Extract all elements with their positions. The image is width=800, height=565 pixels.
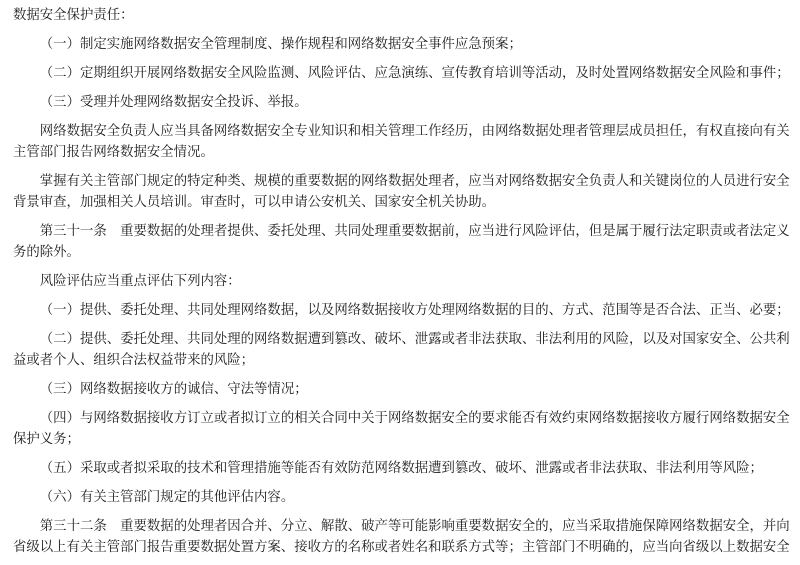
paragraph: （二）定期组织开展网络数据安全风险监测、风险评估、应急演练、宣传教育培训等活动，…: [13, 62, 791, 83]
paragraph: （五）采取或者拟采取的技术和管理措施等能否有效防范网络数据遭到篡改、破坏、泄露或…: [13, 457, 791, 478]
paragraph: 数据安全保护责任：: [13, 4, 791, 25]
paragraph: 第三十二条 重要数据的处理者因合并、分立、解散、破产等可能影响重要数据安全的，应…: [13, 515, 791, 557]
paragraph: （二）提供、委托处理、共同处理的网络数据遭到篡改、破坏、泄露或者非法获取、非法利…: [13, 328, 791, 370]
paragraph: （四）与网络数据接收方订立或者拟订立的相关合同中关于网络数据安全的要求能否有效约…: [13, 407, 791, 449]
paragraph: （三）网络数据接收方的诚信、守法等情况；: [13, 378, 791, 399]
paragraph: （一）制定实施网络数据安全管理制度、操作规程和网络数据安全事件应急预案；: [13, 33, 791, 54]
paragraph: （六）有关主管部门规定的其他评估内容。: [13, 486, 791, 507]
document-page: 数据安全保护责任：（一）制定实施网络数据安全管理制度、操作规程和网络数据安全事件…: [0, 0, 800, 565]
paragraph: （三）受理并处理网络数据安全投诉、举报。: [13, 91, 791, 112]
paragraph: 网络数据安全负责人应当具备网络数据安全专业知识和相关管理工作经历，由网络数据处理…: [13, 120, 791, 162]
paragraph: 风险评估应当重点评估下列内容：: [13, 270, 791, 291]
paragraph: 第三十一条 重要数据的处理者提供、委托处理、共同处理重要数据前，应当进行风险评估…: [13, 220, 791, 262]
paragraph: 掌握有关主管部门规定的特定种类、规模的重要数据的网络数据处理者，应当对网络数据安…: [13, 170, 791, 212]
paragraph: （一）提供、委托处理、共同处理网络数据，以及网络数据接收方处理网络数据的目的、方…: [13, 299, 791, 320]
